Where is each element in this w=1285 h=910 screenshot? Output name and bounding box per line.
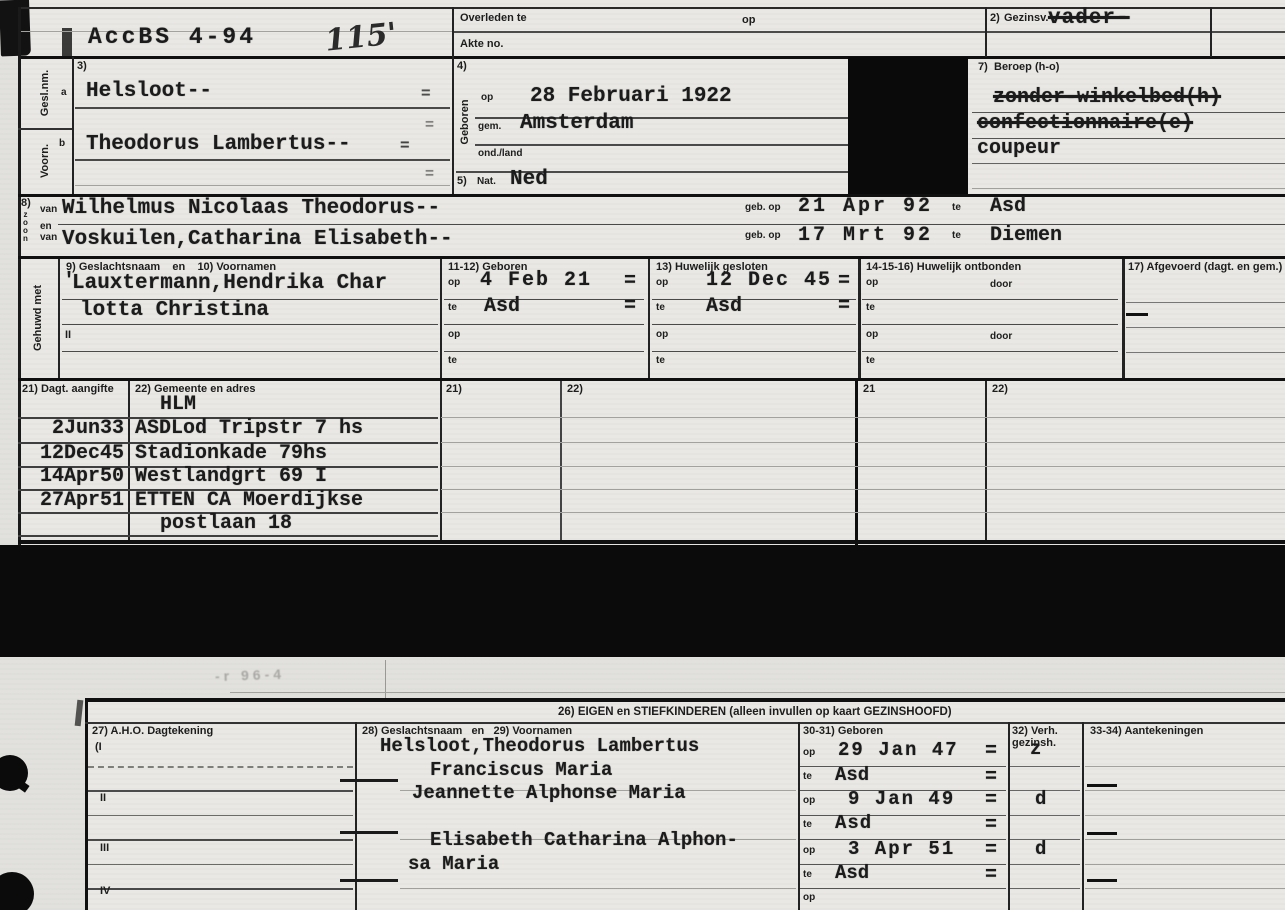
verh-column-header-1: 32) Verh. xyxy=(1012,726,1058,737)
geboren-side-label: Geboren xyxy=(459,99,471,144)
equals-mark: = xyxy=(985,768,997,788)
child-born-te-label: te xyxy=(803,870,812,880)
zoon-side-label: zoon xyxy=(21,210,29,242)
equals-mark: = xyxy=(425,118,434,133)
punch-hole xyxy=(0,872,34,910)
reg-row-address: Stadionkade 79hs xyxy=(135,444,327,464)
equals-mark: = xyxy=(985,791,997,811)
reg-rep2-22-header: 22) xyxy=(992,384,1008,395)
birth-ond-label: ond./land xyxy=(478,149,522,159)
married-te2-label: te xyxy=(656,356,665,366)
equals-mark: = xyxy=(400,138,410,154)
equals-mark: = xyxy=(838,272,850,292)
married-op-label: op xyxy=(656,278,668,288)
reg-row-date: 12Dec45 xyxy=(18,444,124,464)
spouse-row2-mark: II xyxy=(65,330,71,341)
reg-row-date: 27Apr51 xyxy=(18,491,124,511)
spouse-birth-place: Asd xyxy=(484,297,520,317)
child-verh-value: z xyxy=(1030,740,1041,759)
child-born-te-label: te xyxy=(803,772,812,782)
mother-geb-label: geb. op xyxy=(745,231,781,241)
notes-column-header: 33-34) Aantekeningen xyxy=(1090,726,1203,737)
marriage-date: 12 Dec 45 xyxy=(706,271,832,291)
reg-rep1-22-header: 22) xyxy=(567,384,583,395)
child-row-marker: (I xyxy=(95,742,102,753)
equals-mark: = xyxy=(838,297,850,317)
firstname-side-label: Voorn. xyxy=(39,144,51,178)
child-birth-place: Asd xyxy=(835,766,869,785)
born-te2-label: te xyxy=(448,356,457,366)
dissolved-te-label: te xyxy=(866,303,875,313)
child-name-line2: Franciscus Maria xyxy=(430,761,612,780)
equals-mark: = xyxy=(425,167,434,182)
father-geb-label: geb. op xyxy=(745,203,781,213)
reg-row-address: ETTEN CA Moerdijkse xyxy=(135,491,363,511)
occupation-entry-2: confectionnaire(e) xyxy=(977,114,1193,134)
mother-birth-place: Diemen xyxy=(990,226,1062,246)
gezinsv-num: 2) xyxy=(990,13,1000,24)
child-row-marker: III xyxy=(100,843,109,854)
child-born-op-label: op xyxy=(803,893,815,903)
dissolved-op2-label: op xyxy=(866,330,878,340)
child-row-marker: II xyxy=(100,793,106,804)
nat-num: 5) xyxy=(457,176,467,187)
dissolved-te2-label: te xyxy=(866,356,875,366)
beroep-num: 7) xyxy=(978,62,988,73)
aho-column-header: 27) A.H.O. Dagtekening xyxy=(92,726,213,737)
born-op-label: op xyxy=(448,278,460,288)
section3-num: 3) xyxy=(77,61,87,72)
reg-hlm: HLM xyxy=(160,395,196,415)
overleden-op-label: op xyxy=(742,15,755,26)
reg-row-date: 2Jun33 xyxy=(18,419,124,439)
equals-mark: = xyxy=(985,841,997,861)
surname-value: Helsloot-- xyxy=(86,81,212,102)
dissolved-door2-label: door xyxy=(990,332,1012,342)
marriage-afgevoerd-header: 17) Afgevoerd (dagt. en gem.) xyxy=(1128,262,1282,273)
handwriting-smudge: -r 96-4 xyxy=(215,667,285,683)
reg-row-address: postlaan 18 xyxy=(160,514,292,534)
birth-op-label: op xyxy=(481,93,493,103)
married-te-label: te xyxy=(656,303,665,313)
gezinsv-label: Gezinsv. xyxy=(1004,13,1048,24)
child-verh-value: d xyxy=(1035,840,1046,859)
marriage-place: Asd xyxy=(706,297,742,317)
akte-no-label: Akte no. xyxy=(460,39,503,50)
reg-row-address: ASDLod Tripstr 7 hs xyxy=(135,419,363,439)
birth-place-value: Amsterdam xyxy=(520,113,633,134)
father-birth-date: 21 Apr 92 xyxy=(798,197,933,217)
redaction-block xyxy=(848,57,968,194)
reg-date-header: 21) Dagt. aangifte xyxy=(22,384,114,395)
section4-num: 4) xyxy=(457,61,467,72)
van-label-2: van xyxy=(40,233,57,243)
marriage-dissolved-header: 14-15-16) Huwelijk ontbonden xyxy=(866,262,1021,273)
gehuwd-met-side-label: Gehuwd met xyxy=(32,285,44,351)
corner-smudge xyxy=(75,700,84,726)
equals-mark: = xyxy=(624,272,636,292)
child-name-line1: Elisabeth Catharina Alphon- xyxy=(430,831,738,850)
occupation-entry-1: zonder-winkelbed(h) xyxy=(993,88,1221,108)
equals-mark: = xyxy=(985,866,997,886)
child-name-line1: Helsloot,Theodorus Lambertus xyxy=(380,737,699,756)
born-op2-label: op xyxy=(448,330,460,340)
reg-row-date: 14Apr50 xyxy=(18,467,124,487)
row-b-label: b xyxy=(59,139,65,149)
reg-row-address: Westlandgrt 69 I xyxy=(135,467,327,487)
en-label: en xyxy=(40,222,52,232)
father-te-label: te xyxy=(952,203,961,213)
reg-rep2-21-header: 21 xyxy=(863,384,875,395)
spouse-name-line2: lotta Christina xyxy=(80,300,269,321)
child-birth-place: Asd xyxy=(835,814,872,833)
child-born-op-label: op xyxy=(803,748,815,758)
child-birth-place: Asd xyxy=(835,864,869,883)
binding-mark-strip xyxy=(62,28,72,58)
handwritten-number: 115' xyxy=(323,16,398,58)
father-name: Wilhelmus Nicolaas Theodorus-- xyxy=(62,198,440,219)
spouse-name-line1: Lauxtermann,Hendrika Char xyxy=(72,273,387,294)
birth-gem-label: gem. xyxy=(478,122,501,132)
equals-mark: = xyxy=(421,86,431,102)
beroep-label: Beroep (h-o) xyxy=(994,62,1059,73)
row-a-label: a xyxy=(61,88,67,98)
married-op2-label: op xyxy=(656,330,668,340)
nationality-value: Ned xyxy=(510,169,548,190)
birth-date-value: 28 Februari 1922 xyxy=(530,86,732,107)
born-te-label: te xyxy=(448,303,457,313)
reg-rep1-21-header: 21) xyxy=(446,384,462,395)
children-section-title: 26) EIGEN en STIEFKINDEREN (alleen invul… xyxy=(558,707,952,719)
overleden-label: Overleden te xyxy=(460,13,527,24)
child-born-op-label: op xyxy=(803,846,815,856)
father-birth-place: Asd xyxy=(990,197,1026,217)
spouse-birth-date: 4 Feb 21 xyxy=(480,271,592,291)
section8-num: 8) xyxy=(21,198,31,209)
child-birth-date: 29 Jan 47 xyxy=(838,741,959,760)
child-born-te-label: te xyxy=(803,820,812,830)
surname-side-label: Gesl.nm. xyxy=(39,70,51,116)
occupation-entry-3: coupeur xyxy=(977,139,1061,159)
gezinsv-value: vader- xyxy=(1048,8,1130,29)
child-name-line2: sa Maria xyxy=(408,855,499,874)
child-birth-date: 3 Apr 51 xyxy=(848,840,955,859)
black-separator-band xyxy=(0,545,1285,657)
van-label-1: van xyxy=(40,205,57,215)
child-name-line1: Jeannette Alphonse Maria xyxy=(412,784,686,803)
dissolved-op-label: op xyxy=(866,278,878,288)
mother-name: Voskuilen,Catharina Elisabeth-- xyxy=(62,229,453,250)
child-row-marker: IV xyxy=(100,886,110,897)
equals-mark: = xyxy=(624,297,636,317)
firstnames-value: Theodorus Lambertus-- xyxy=(86,134,351,155)
dissolved-door-label: door xyxy=(990,280,1012,290)
child-verh-value: d xyxy=(1035,790,1046,809)
child-birth-date: 9 Jan 49 xyxy=(848,790,955,809)
child-born-op-label: op xyxy=(803,796,815,806)
born-column-header: 30-31) Geboren xyxy=(803,726,883,737)
accession-stamp: AccBS 4-94 xyxy=(88,26,256,49)
mother-te-label: te xyxy=(952,231,961,241)
nat-label: Nat. xyxy=(477,177,496,187)
mother-birth-date: 17 Mrt 92 xyxy=(798,226,933,246)
equals-mark: = xyxy=(985,816,997,836)
scanned-registration-card: AccBS 4-94 115' Overleden te op Akte no.… xyxy=(0,0,1285,910)
equals-mark: = xyxy=(985,742,997,762)
